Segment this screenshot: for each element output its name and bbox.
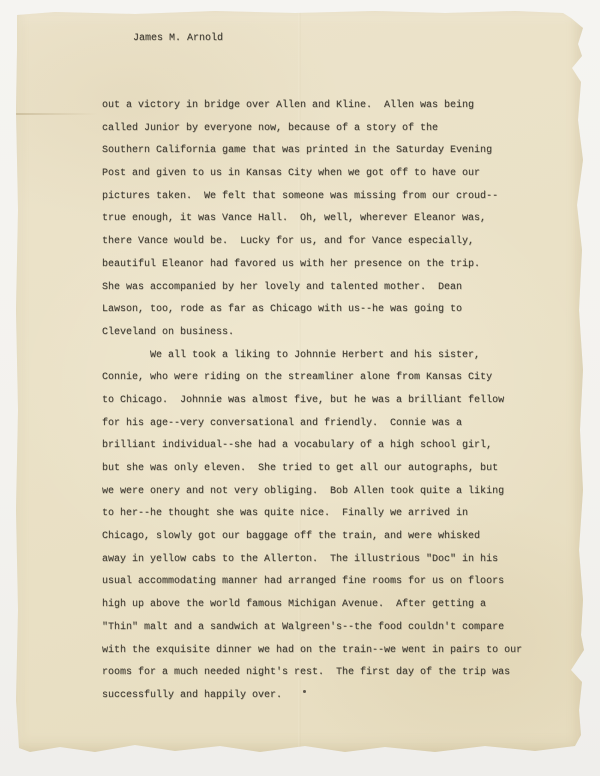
horizontal-crease	[15, 113, 97, 115]
scan-background: James M. Arnold out a victory in bridge …	[0, 0, 600, 776]
typed-line: with the exquisite dinner we had on the …	[102, 640, 572, 663]
typed-line: beautiful Eleanor had favored us with he…	[102, 254, 572, 277]
typed-line: true enough, it was Vance Hall. Oh, well…	[102, 208, 572, 231]
typed-line: "Thin" malt and a sandwich at Walgreen's…	[102, 617, 572, 640]
typed-line: to her--he thought she was quite nice. F…	[102, 503, 572, 526]
typed-line: high up above the world famous Michigan …	[102, 594, 572, 617]
typed-line: Southern California game that was printe…	[102, 140, 572, 163]
typed-line: but she was only eleven. She tried to ge…	[102, 458, 572, 481]
typed-line: there Vance would be. Lucky for us, and …	[102, 231, 572, 254]
typed-body: out a victory in bridge over Allen and K…	[102, 95, 572, 708]
typed-line: for his age--very conversational and fri…	[102, 413, 572, 436]
typed-line: we were onery and not very obliging. Bob…	[102, 481, 572, 504]
typed-line: Chicago, slowly got our baggage off the …	[102, 526, 572, 549]
author-name: James M. Arnold	[133, 33, 223, 44]
ink-speck	[303, 690, 306, 693]
typed-line: successfully and happily over.	[102, 685, 572, 708]
typed-line: Post and given to us in Kansas City when…	[102, 163, 572, 186]
typed-line: Cleveland on business.	[102, 322, 572, 345]
typed-line: away in yellow cabs to the Allerton. The…	[102, 549, 572, 572]
typed-line: to Chicago. Johnnie was almost five, but…	[102, 390, 572, 413]
typed-line: rooms for a much needed night's rest. Th…	[102, 662, 572, 685]
paragraph: We all took a liking to Johnnie Herbert …	[102, 345, 572, 708]
typed-line: called Junior by everyone now, because o…	[102, 118, 572, 141]
paragraph: out a victory in bridge over Allen and K…	[102, 95, 572, 345]
typed-line: We all took a liking to Johnnie Herbert …	[102, 345, 572, 368]
typed-line: She was accompanied by her lovely and ta…	[102, 277, 572, 300]
typewritten-page: James M. Arnold out a victory in bridge …	[15, 10, 585, 755]
typed-line: usual accommodating manner had arranged …	[102, 571, 572, 594]
typed-line: Lawson, too, rode as far as Chicago with…	[102, 299, 572, 322]
typed-line: pictures taken. We felt that someone was…	[102, 186, 572, 209]
typed-line: Connie, who were riding on the streamlin…	[102, 367, 572, 390]
typed-line: out a victory in bridge over Allen and K…	[102, 95, 572, 118]
typed-line: brilliant individual--she had a vocabula…	[102, 435, 572, 458]
